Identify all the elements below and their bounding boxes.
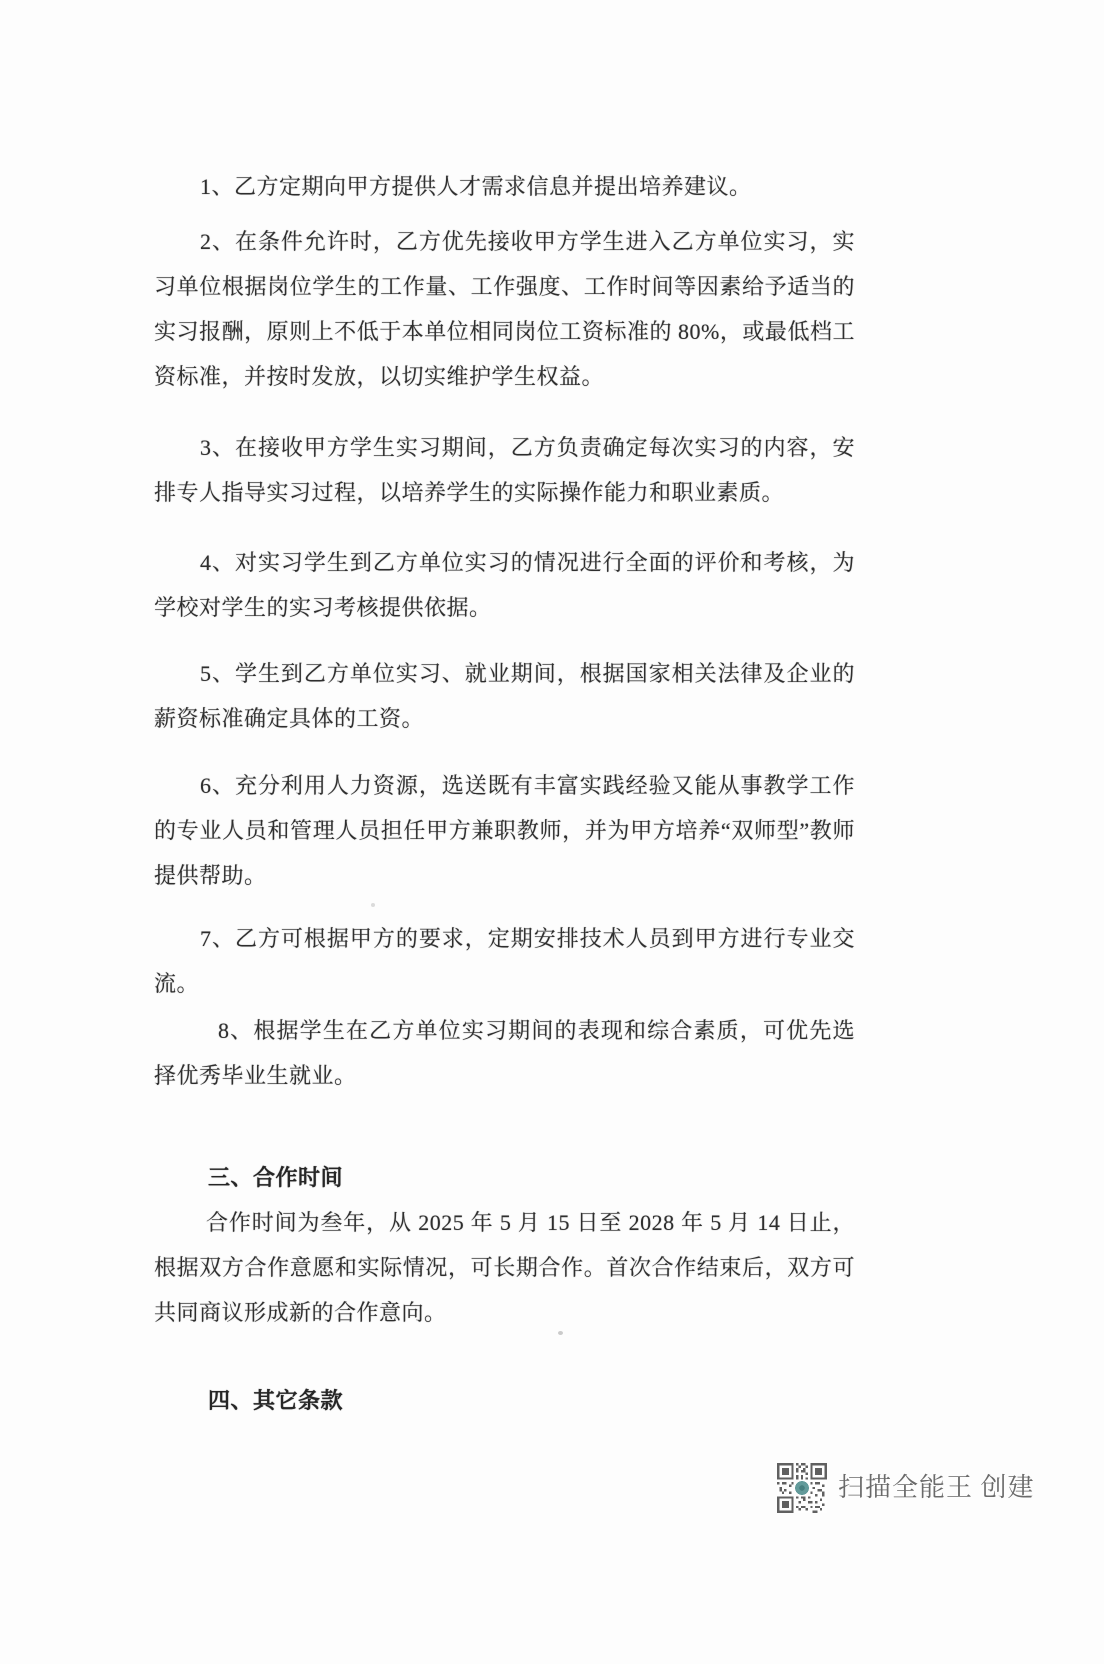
camscanner-watermark: 扫描全能王 创建 bbox=[777, 1462, 1035, 1514]
section-heading-other-terms: 四、其它条款 bbox=[154, 1378, 855, 1423]
contract-clause-3: 3、在接收甲方学生实习期间，乙方负责确定每次实习的内容，安排专人指导实习过程，以… bbox=[154, 425, 855, 515]
contract-clause-7: 7、乙方可根据甲方的要求，定期安排技术人员到甲方进行专业交流。 bbox=[154, 916, 855, 1006]
contract-clause-1: 1、乙方定期向甲方提供人才需求信息并提出培养建议。 bbox=[154, 164, 855, 209]
scanned-document-page: 1、乙方定期向甲方提供人才需求信息并提出培养建议。 2、在条件允许时，乙方优先接… bbox=[0, 0, 1104, 1664]
camscanner-qr-icon bbox=[777, 1462, 827, 1514]
contract-clause-8: 8、根据学生在乙方单位实习期间的表现和综合素质，可优先选择优秀毕业生就业。 bbox=[154, 1008, 855, 1098]
contract-clause-4: 4、对实习学生到乙方单位实习的情况进行全面的评价和考核，为学校对学生的实习考核提… bbox=[154, 540, 855, 630]
watermark-label: 扫描全能王 创建 bbox=[838, 1475, 1035, 1501]
contract-clause-5: 5、学生到乙方单位实习、就业期间，根据国家相关法律及企业的薪资标准确定具体的工资… bbox=[154, 651, 855, 741]
section-heading-cooperation-time: 三、合作时间 bbox=[154, 1155, 855, 1200]
scan-speck bbox=[371, 903, 375, 907]
document-body: 1、乙方定期向甲方提供人才需求信息并提出培养建议。 2、在条件允许时，乙方优先接… bbox=[154, 164, 855, 1423]
scan-speck bbox=[558, 1331, 563, 1335]
contract-clause-2: 2、在条件允许时，乙方优先接收甲方学生进入乙方单位实习，实习单位根据岗位学生的工… bbox=[154, 219, 855, 399]
contract-clause-6: 6、充分利用人力资源，选送既有丰富实践经验又能从事教学工作的专业人员和管理人员担… bbox=[154, 763, 855, 898]
section-body-cooperation-time: 合作时间为叁年，从 2025 年 5 月 15 日至 2028 年 5 月 14… bbox=[154, 1200, 855, 1335]
